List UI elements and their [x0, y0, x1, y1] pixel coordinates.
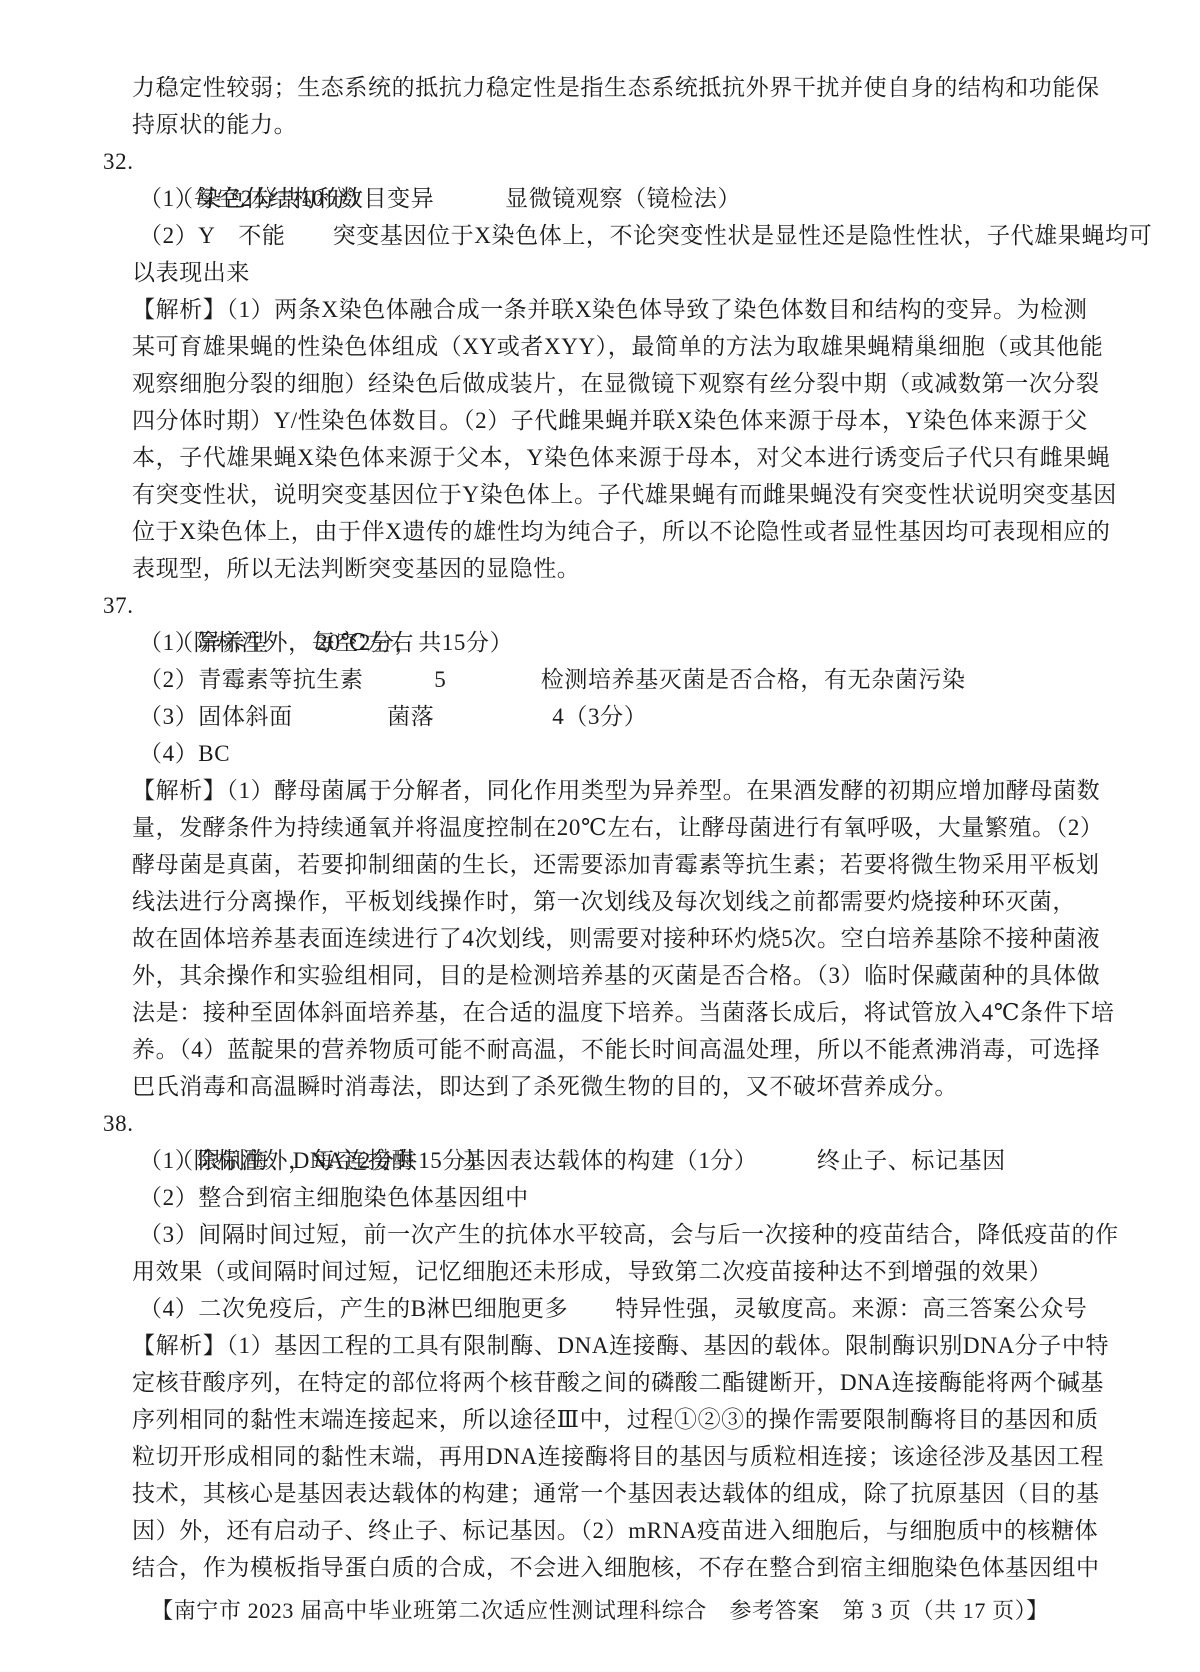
paragraph-line: 力稳定性较弱；生态系统的抵抗力稳定性是指生态系统抵抗外界干扰并使自身的结构和功能…: [0, 69, 1200, 106]
answer-line: （2）Y 不能 突变基因位于X染色体上，不论突变性状是显性还是隐性性状，子代雄果…: [0, 217, 1200, 254]
analysis-line: 本，子代雄果蝇X染色体来源于父本，Y染色体来源于母本，对父本进行诱变后子代只有雌…: [0, 439, 1200, 476]
analysis-line: 【解析】（1）基因工程的工具有限制酶、DNA连接酶、基因的载体。限制酶识别DNA…: [0, 1327, 1200, 1364]
answer-line: （2）整合到宿主细胞染色体基因组中: [0, 1179, 1200, 1216]
analysis-line: 【解析】（1）酵母菌属于分解者，同化作用类型为异养型。在果酒发酵的初期应增加酵母…: [0, 772, 1200, 809]
analysis-line: 定核苷酸序列，在特定的部位将两个核苷酸之间的磷酸二酯键断开，DNA连接酶能将两个…: [0, 1364, 1200, 1401]
answer-line: 以表现出来: [0, 254, 1200, 291]
analysis-line: 线法进行分离操作，平板划线操作时，第一次划线及每次划线之前都需要灼烧接种环灭菌，: [0, 883, 1200, 920]
answer-line: （4）BC: [0, 735, 1200, 772]
analysis-line: 表现型，所以无法判断突变基因的显隐性。: [0, 550, 1200, 587]
analysis-line: 养。（4）蓝靛果的营养物质可能不耐高温，不能长时间高温处理，所以不能煮沸消毒，可…: [0, 1031, 1200, 1068]
question-31-continuation: 力稳定性较弱；生态系统的抵抗力稳定性是指生态系统抵抗外界干扰并使自身的结构和功能…: [0, 69, 1200, 143]
analysis-line: 序列相同的黏性末端连接起来，所以途径Ⅲ中，过程①②③的操作需要限制酶将目的基因和…: [0, 1401, 1200, 1438]
analysis-line: 量，发酵条件为持续通氧并将温度控制在20℃左右，让酵母菌进行有氧呼吸，大量繁殖。…: [0, 809, 1200, 846]
analysis-line: 外，其余操作和实验组相同，目的是检测培养基的灭菌是否合格。（3）临时保藏菌种的具…: [0, 957, 1200, 994]
answer-line: （1）限制酶、DNA连接酶 基因表达载体的构建（1分） 终止子、标记基因: [0, 1142, 1200, 1179]
analysis-line: 技术，其核心是基因表达载体的构建；通常一个基因表达载体的组成，除了抗原基因（目的…: [0, 1475, 1200, 1512]
answer-line: （3）间隔时间过短，前一次产生的抗体水平较高，会与后一次接种的疫苗结合，降低疫苗…: [0, 1216, 1200, 1253]
analysis-line: 法是：接种至固体斜面培养基，在合适的温度下培养。当菌落长成后，将试管放入4℃条件…: [0, 994, 1200, 1031]
answer-line: （1）异养型 20℃左右: [0, 624, 1200, 661]
analysis-line: 四分体时期）Y/性染色体数目。（2）子代雌果蝇并联X染色体来源于母本，Y染色体来…: [0, 402, 1200, 439]
analysis-line: 某可育雄果蝇的性染色体组成（XY或者XYY），最简单的方法为取雄果蝇精巢细胞（或…: [0, 328, 1200, 365]
answer-line: （2）青霉素等抗生素 5 检测培养基灭菌是否合格，有无杂菌污染: [0, 661, 1200, 698]
question-number: 32.: [103, 143, 134, 180]
analysis-line: 位于X染色体上，由于伴X遗传的雄性均为纯合子，所以不论隐性或者显性基因均可表现相…: [0, 513, 1200, 550]
analysis-line: 巴氏消毒和高温瞬时消毒法，即达到了杀死微生物的目的，又不破坏营养成分。: [0, 1068, 1200, 1105]
analysis-line: 有突变性状，说明突变基因位于Y染色体上。子代雄果蝇有而雌果蝇没有突变性状说明突变…: [0, 476, 1200, 513]
analysis-line: 结合，作为模板指导蛋白质的合成，不会进入细胞核，不存在整合到宿主细胞染色体基因组…: [0, 1549, 1200, 1586]
answer-key-page: 力稳定性较弱；生态系统的抵抗力稳定性是指生态系统抵抗外界干扰并使自身的结构和功能…: [0, 0, 1200, 1672]
analysis-line: 酵母菌是真菌，若要抑制细菌的生长，还需要添加青霉素等抗生素；若要将微生物采用平板…: [0, 846, 1200, 883]
page-footer: 【南宁市 2023 届高中毕业班第二次适应性测试理科综合 参考答案 第 3 页（…: [0, 1595, 1200, 1627]
question-heading: 37.（除标注外，每空2分，共15分）: [0, 587, 1200, 624]
question-38: 38.（除标注外，每空2分共15分） （1）限制酶、DNA连接酶 基因表达载体的…: [0, 1105, 1200, 1586]
analysis-line: 故在固体培养基表面连续进行了4次划线，则需要对接种环灼烧5次。空白培养基除不接种…: [0, 920, 1200, 957]
answer-line: （3）固体斜面 菌落 4（3分）: [0, 698, 1200, 735]
analysis-line: 因）外，还有启动子、终止子、标记基因。（2）mRNA疫苗进入细胞后，与细胞质中的…: [0, 1512, 1200, 1549]
question-heading: 38.（除标注外，每空2分共15分）: [0, 1105, 1200, 1142]
analysis-line: 粒切开形成相同的黏性末端，再用DNA连接酶将目的基因与质粒相连接；该途径涉及基因…: [0, 1438, 1200, 1475]
answer-line: 用效果（或间隔时间过短，记忆细胞还未形成，导致第二次疫苗接种达不到增强的效果）: [0, 1253, 1200, 1290]
question-number: 37.: [103, 587, 134, 624]
question-number: 38.: [103, 1105, 134, 1142]
question-37: 37.（除标注外，每空2分，共15分） （1）异养型 20℃左右 （2）青霉素等…: [0, 587, 1200, 1105]
analysis-line: 观察细胞分裂的细胞）经染色后做成装片，在显微镜下观察有丝分裂中期（或减数第一次分…: [0, 365, 1200, 402]
answer-line: （1）染色体结构和数目变异 显微镜观察（镜检法）: [0, 180, 1200, 217]
question-32: 32.（每空2分共10分） （1）染色体结构和数目变异 显微镜观察（镜检法） （…: [0, 143, 1200, 587]
question-heading: 32.（每空2分共10分）: [0, 143, 1200, 180]
answer-line: （4）二次免疫后，产生的B淋巴细胞更多 特异性强，灵敏度高。来源：高三答案公众号: [0, 1290, 1200, 1327]
paragraph-line: 持原状的能力。: [0, 106, 1200, 143]
analysis-line: 【解析】（1）两条X染色体融合成一条并联X染色体导致了染色体数目和结构的变异。为…: [0, 291, 1200, 328]
